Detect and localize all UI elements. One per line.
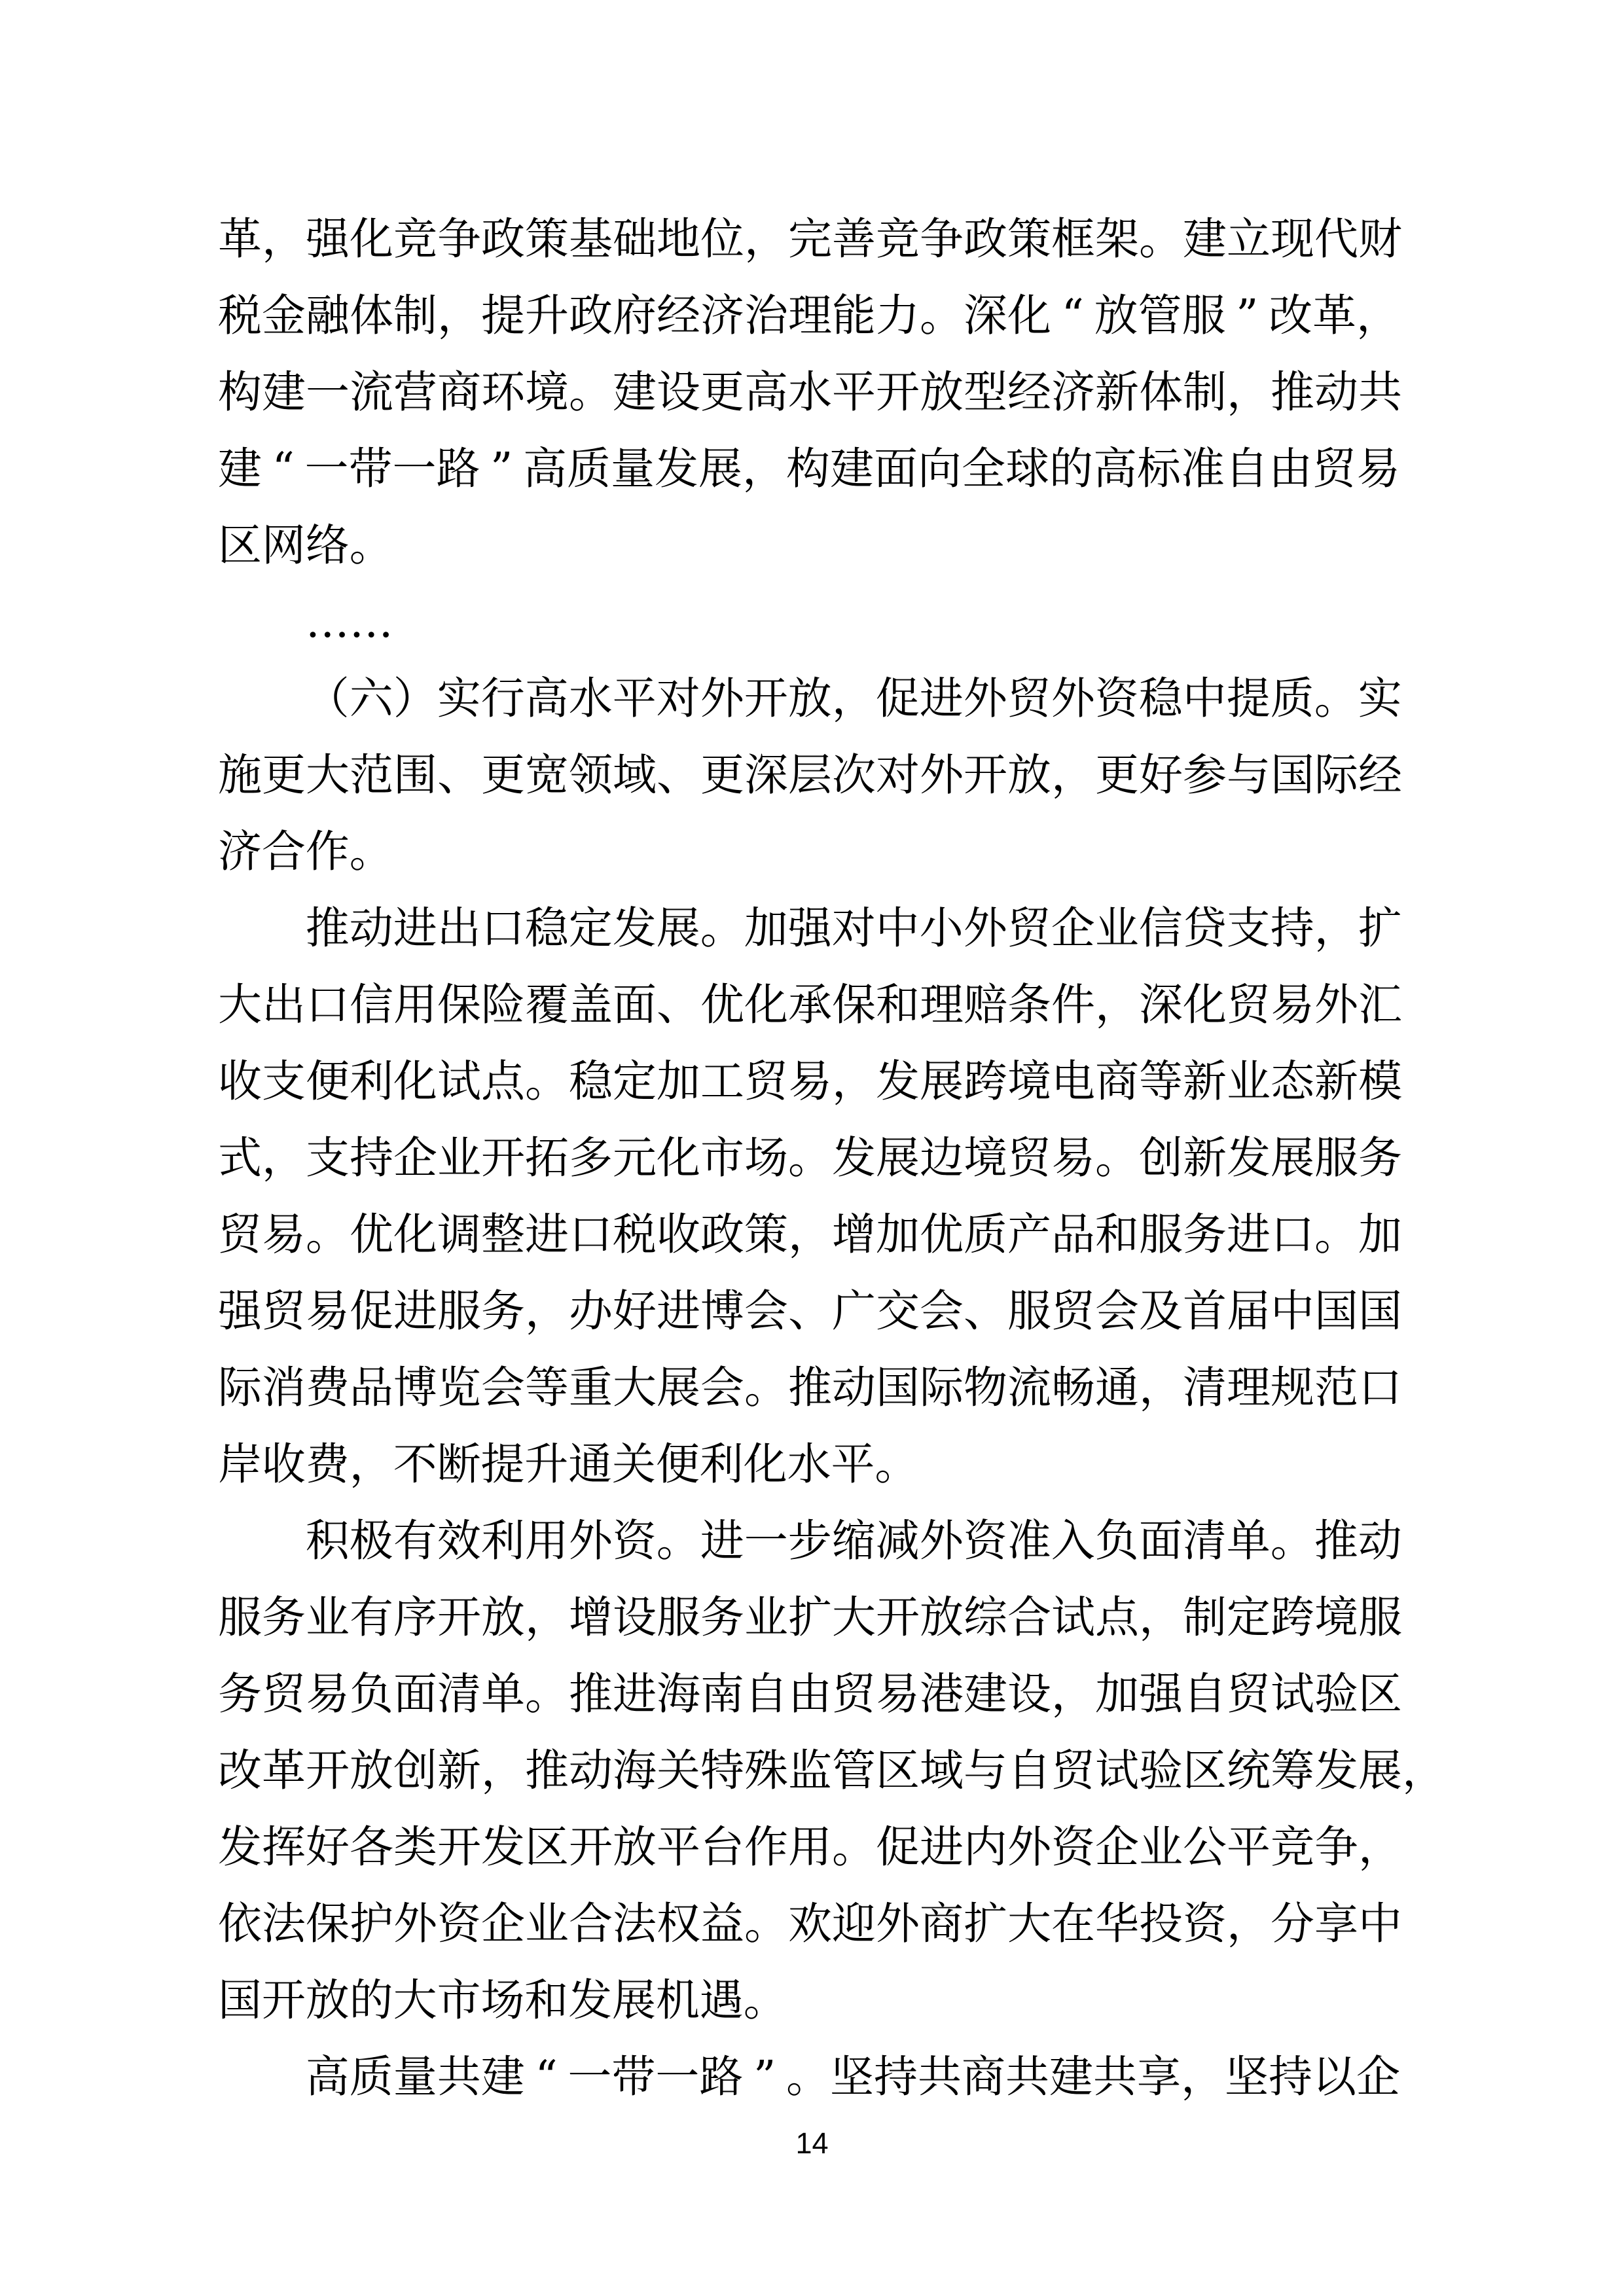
text-line: 推动进出口稳定发展。加强对中小外贸企业信贷支持，扩: [218, 890, 1400, 967]
page-number: 14: [0, 2128, 1624, 2158]
text-line: 务贸易负面清单。推进海南自由贸易港建设，加强自贸试验区: [218, 1656, 1400, 1732]
text-line: 际消费品博览会等重大展会。推动国际物流畅通，清理规范口: [218, 1350, 1400, 1426]
text-line: 济合作。: [218, 814, 1400, 890]
paragraph-ellipsis: ……: [218, 584, 1400, 660]
paragraph-section-six: （六）实行高水平对外开放，促进外贸外资稳中提质。实 施更大范围、更宽领域、更深层…: [218, 660, 1400, 890]
paragraph-belt-and-road: 高质量共建“一带一路”。坚持共商共建共享，坚持以企: [218, 2039, 1400, 2115]
text-line: ……: [218, 584, 1400, 660]
text-line: （六）实行高水平对外开放，促进外贸外资稳中提质。实: [218, 660, 1400, 737]
text-line: 积极有效利用外资。进一步缩减外资准入负面清单。推动: [218, 1503, 1400, 1579]
text-line: 区网络。: [218, 507, 1400, 584]
paragraph-foreign-investment: 积极有效利用外资。进一步缩减外资准入负面清单。推动 服务业有序开放，增设服务业扩…: [218, 1503, 1400, 2039]
text-line: 构建一流营商环境。建设更高水平开放型经济新体制，推动共: [218, 354, 1400, 431]
text-line: 大出口信用保险覆盖面、优化承保和理赔条件，深化贸易外汇: [218, 967, 1400, 1043]
text-line: 发挥好各类开发区开放平台作用。促进内外资企业公平竞争，: [218, 1809, 1400, 1886]
text-line: 式，支持企业开拓多元化市场。发展边境贸易。创新发展服务: [218, 1120, 1400, 1196]
text-line: 服务业有序开放，增设服务业扩大开放综合试点，制定跨境服: [218, 1579, 1400, 1656]
document-body: 革，强化竞争政策基础地位，完善竞争政策框架。建立现代财 税金融体制，提升政府经济…: [218, 201, 1400, 2115]
text-line: 革，强化竞争政策基础地位，完善竞争政策框架。建立现代财: [218, 201, 1400, 278]
text-line: 岸收费，不断提升通关便利化水平。: [218, 1426, 1400, 1503]
paragraph-trade: 推动进出口稳定发展。加强对中小外贸企业信贷支持，扩 大出口信用保险覆盖面、优化承…: [218, 890, 1400, 1503]
text-line: 收支便利化试点。稳定加工贸易，发展跨境电商等新业态新模: [218, 1043, 1400, 1120]
text-line: 国开放的大市场和发展机遇。: [218, 1962, 1400, 2039]
text-line: 改革开放创新，推动海关特殊监管区域与自贸试验区统筹发展，: [218, 1732, 1400, 1809]
text-line: 强贸易促进服务，办好进博会、广交会、服贸会及首届中国国: [218, 1273, 1400, 1350]
text-line: 高质量共建“一带一路”。坚持共商共建共享，坚持以企: [218, 2039, 1400, 2115]
text-line: 贸易。优化调整进口税收政策，增加优质产品和服务进口。加: [218, 1196, 1400, 1273]
document-page: 革，强化竞争政策基础地位，完善竞争政策框架。建立现代财 税金融体制，提升政府经济…: [0, 0, 1624, 2296]
text-line: 依法保护外资企业合法权益。欢迎外商扩大在华投资，分享中: [218, 1886, 1400, 1962]
text-line: 施更大范围、更宽领域、更深层次对外开放，更好参与国际经: [218, 737, 1400, 814]
text-line: 税金融体制，提升政府经济治理能力。深化“放管服”改革，: [218, 278, 1400, 354]
text-line: 建“一带一路”高质量发展，构建面向全球的高标准自由贸易: [218, 431, 1400, 507]
paragraph-continuation: 革，强化竞争政策基础地位，完善竞争政策框架。建立现代财 税金融体制，提升政府经济…: [218, 201, 1400, 584]
